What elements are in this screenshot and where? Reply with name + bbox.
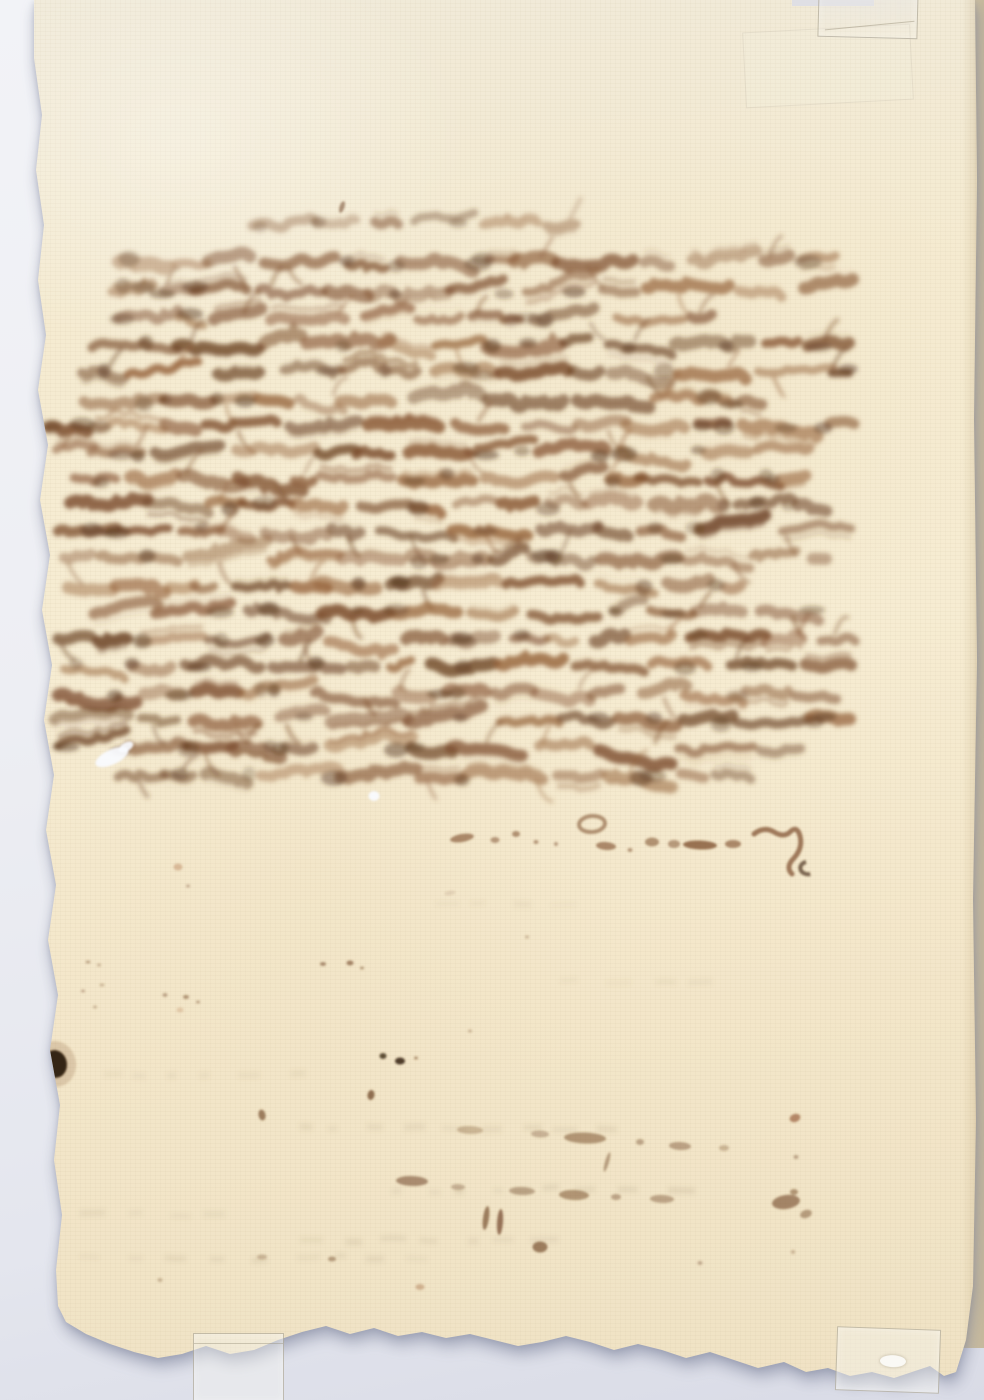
tape-air-bubble	[880, 1355, 906, 1368]
tape-bottom-left	[193, 1333, 284, 1400]
signature-line	[449, 815, 800, 874]
tape-fold-line	[194, 1343, 283, 1344]
manuscript-page	[0, 0, 984, 1400]
photo-backdrop	[0, 0, 984, 1400]
tape-bottom-right	[835, 1326, 941, 1394]
tape-fold-line	[825, 21, 915, 31]
main-text-block	[41, 197, 858, 801]
tape-top-right	[817, 0, 918, 39]
ghost-bleed-lines	[80, 903, 712, 1261]
ink-bleedthrough-layer	[0, 0, 984, 1400]
paper-shadow-wrap	[0, 0, 984, 1400]
